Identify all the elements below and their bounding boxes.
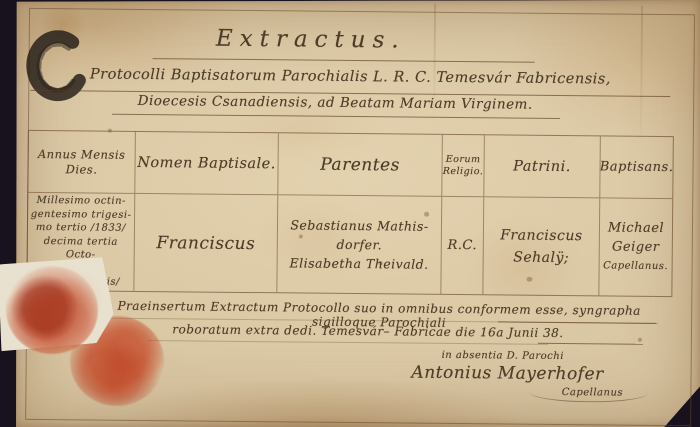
baptism-record-table: Annus Mensis Dies. Nomen Baptisale. Pare… <box>26 130 674 297</box>
text-line: decima tertia Octo- <box>28 235 134 263</box>
text-line: Franciscus <box>156 233 255 254</box>
text-line: Capellanus. <box>603 256 668 276</box>
header-cell-baptisans: Baptisans. <box>600 136 673 199</box>
text-line: Parentes <box>320 154 400 175</box>
ink-speck <box>638 338 642 342</box>
text-line: Franciscus <box>500 224 583 247</box>
text-line: Patrini. <box>513 158 571 175</box>
cell-religion: R.C. <box>441 197 484 294</box>
header-cell-religion: Eorum Religio. <box>442 135 485 197</box>
document-title: Extractus. <box>151 25 471 54</box>
text-line: Geiger <box>612 237 660 256</box>
text-line: dorfer. <box>336 235 382 254</box>
text-line: mo tertio /1833/ <box>36 221 126 235</box>
text-line: Dies. <box>66 162 98 177</box>
wax-seal-left-icon <box>6 266 98 354</box>
header-cell-patrini: Patrini. <box>484 135 601 198</box>
cell-baptisans: Michael Geiger Capellanus. <box>599 198 672 296</box>
text-line: Annus Mensis <box>38 146 126 162</box>
text-line: Michael <box>608 218 664 238</box>
text-line: Sebastianus Mathis- <box>290 215 428 235</box>
header-cell-parents: Parentes <box>278 133 443 197</box>
text-line: gentesimo trigesi- <box>31 208 132 222</box>
text-line: Millesimo octin- <box>36 194 126 208</box>
text-line: Religio. <box>443 165 484 177</box>
text-line: Sehalÿ; <box>513 246 569 269</box>
text-line: Elisabetha Theivald. <box>289 253 428 273</box>
text-line: R.C. <box>447 238 477 253</box>
header-cell-name: Nomen Baptisale. <box>135 132 279 195</box>
text-line: Baptisans. <box>600 159 673 175</box>
absentia-note: in absentia D. Parochi <box>418 350 588 363</box>
signature-title: Capellanus <box>542 387 642 399</box>
text-line: Eorum <box>446 153 481 165</box>
photo-background: Extractus. Protocolli Baptisatorum Paroc… <box>0 0 700 427</box>
text-line: Nomen Baptisale. <box>137 154 276 171</box>
cell-patrini: Franciscus Sehalÿ; <box>483 197 600 295</box>
header-cell-date: Annus Mensis Dies. <box>28 131 136 194</box>
signature-name: Antonius Mayerhofer <box>387 362 627 384</box>
cell-name: Franciscus <box>134 194 278 292</box>
cell-parents: Sebastianus Mathis- dorfer. Elisabetha T… <box>277 195 442 294</box>
